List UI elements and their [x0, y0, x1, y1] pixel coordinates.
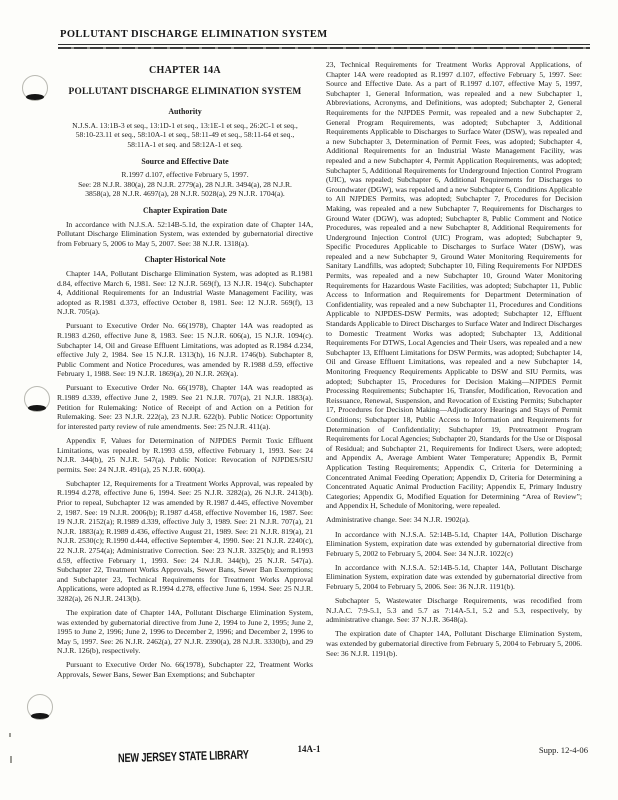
scanned-document-page: POLLUTANT DISCHARGE ELIMINATION SYSTEM C…	[0, 0, 618, 800]
scan-speck	[9, 733, 11, 737]
historical-paragraph: Pursuant to Executive Order No. 66(1978)…	[57, 321, 313, 379]
source-citations: See: 28 N.J.R. 380(a), 28 N.J.R. 2779(a)…	[57, 180, 313, 199]
header-rule	[58, 44, 590, 49]
right-column: 23, Technical Requirements for Treatment…	[326, 60, 582, 680]
chapter-number: CHAPTER 14A	[57, 66, 313, 76]
right-column-paragraph: 23, Technical Requirements for Treatment…	[326, 60, 582, 511]
historical-heading: Chapter Historical Note	[57, 255, 313, 265]
punch-hole	[24, 386, 50, 412]
authority-heading: Authority	[57, 107, 313, 117]
source-heading: Source and Effective Date	[57, 157, 313, 167]
historical-paragraph: Chapter 14A, Pollutant Discharge Elimina…	[57, 269, 313, 317]
running-title: POLLUTANT DISCHARGE ELIMINATION SYSTEM	[60, 29, 328, 40]
historical-paragraph: The expiration date of Chapter 14A, Poll…	[57, 608, 313, 656]
right-column-paragraph: In accordance with N.J.S.A. 52:14B-5.1d,…	[326, 530, 582, 559]
right-column-paragraph: Subchapter 5, Wastewater Discharge Requi…	[326, 596, 582, 625]
punch-hole	[27, 694, 53, 720]
left-column: CHAPTER 14A POLLUTANT DISCHARGE ELIMINAT…	[57, 60, 313, 680]
right-column-paragraph: The expiration date of Chapter 14A, Poll…	[326, 629, 582, 658]
historical-paragraph: Pursuant to Executive Order No. 66(1978)…	[57, 383, 313, 431]
right-column-paragraph: Administrative change. See: 34 N.J.R. 19…	[326, 515, 582, 525]
authority-text: N.J.S.A. 13:1B-3 et seq., 13:1D-1 et seq…	[57, 121, 313, 150]
right-column-paragraph: In accordance with N.J.S.A. 52:14B-5.1d,…	[326, 563, 582, 592]
supplement-date: Supp. 12-4-06	[539, 745, 588, 755]
punch-hole	[22, 75, 48, 101]
chapter-title: POLLUTANT DISCHARGE ELIMINATION SYSTEM	[57, 88, 313, 98]
expiration-text: In accordance with N.J.S.A. 52:14B-5.1d,…	[57, 220, 313, 249]
historical-paragraph: Appendix F, Values for Determination of …	[57, 436, 313, 474]
page-number: 14A-1	[0, 744, 618, 754]
historical-paragraph: Pursuant to Executive Order No. 66(1978)…	[57, 660, 313, 679]
source-date-line: R.1997 d.107, effective February 5, 1997…	[57, 170, 313, 180]
two-column-body: CHAPTER 14A POLLUTANT DISCHARGE ELIMINAT…	[57, 60, 583, 680]
historical-paragraph: Subchapter 12, Requirements for a Treatm…	[57, 479, 313, 604]
scan-speck	[10, 756, 12, 763]
expiration-heading: Chapter Expiration Date	[57, 206, 313, 216]
